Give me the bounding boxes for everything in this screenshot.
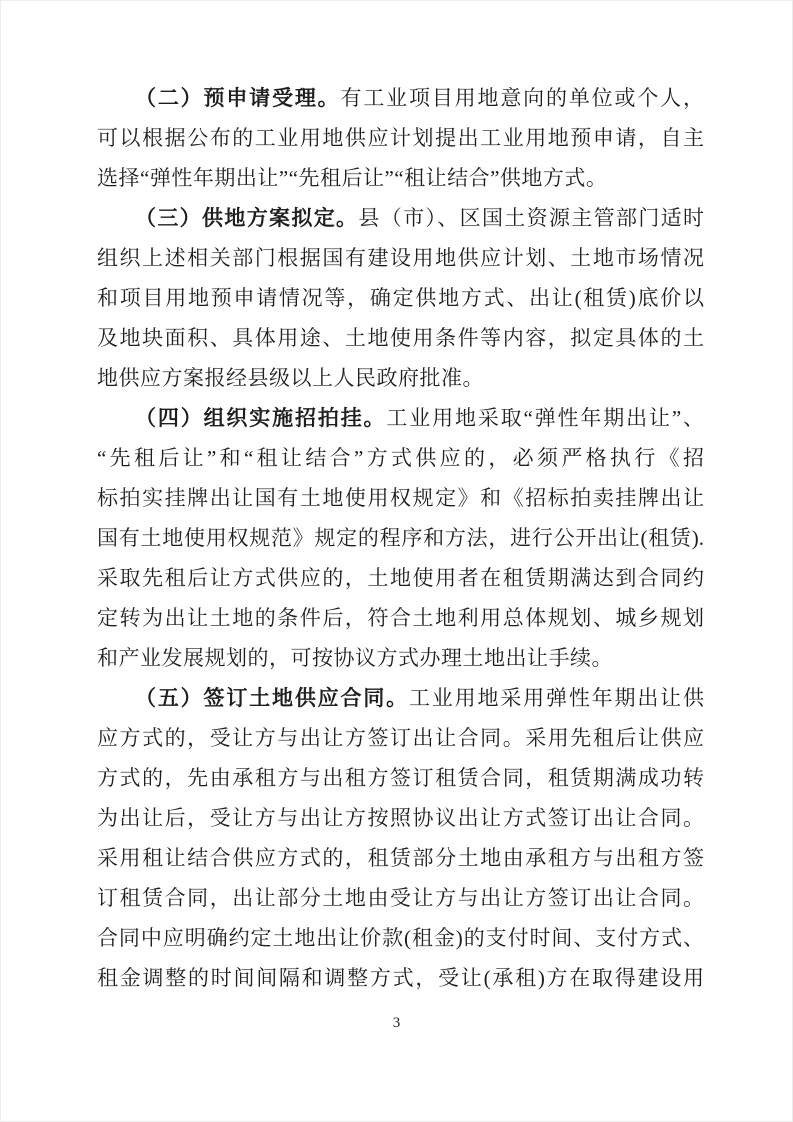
section-heading: （二）预申请受理。	[135, 86, 341, 110]
text-line: 可以根据公布的工业用地供应计划提出工业用地预申请，自主	[97, 118, 704, 158]
text-segment: 定转为出让土地的条件后，符合土地利用总体规划、城乡规划	[97, 606, 704, 630]
text-line: 标拍实挂牌出让国有土地使用权规定》和《招标拍卖挂牌出让	[97, 478, 704, 518]
text-segment: 和项目用地预申请情况等，确定供地方式、出让(租赁)底价以	[97, 286, 704, 310]
section-heading: （三）供地方案拟定。	[135, 206, 358, 230]
text-line: 订租赁合同，出让部分土地由受让方与出让方签订出让合同。	[97, 878, 704, 918]
text-line: 和项目用地预申请情况等，确定供地方式、出让(租赁)底价以	[97, 278, 704, 318]
text-line: 采取先租后让方式供应的，土地使用者在租赁期满达到合同约	[97, 558, 704, 598]
text-line: 选择“弹性年期出让”“先租后让”“租让结合”供地方式。	[97, 158, 704, 198]
text-segment: 工业用地采用弹性年期出让供	[409, 686, 704, 710]
document-body: （二）预申请受理。有工业项目用地意向的单位或个人，可以根据公布的工业用地供应计划…	[97, 78, 704, 998]
text-line: （五）签订土地供应合同。工业用地采用弹性年期出让供	[97, 678, 704, 718]
text-segment: “先租后让”和“租让结合”方式供应的，必须严格执行《招	[97, 446, 704, 470]
text-segment: 工业用地采取“弹性年期出让”、	[386, 406, 704, 430]
text-segment: 及地块面积、具体用途、土地使用条件等内容，拟定具体的土	[97, 326, 704, 350]
text-segment: 选择“弹性年期出让”“先租后让”“租让结合”供地方式。	[97, 166, 607, 190]
text-line: 组织上述相关部门根据国有建设用地供应计划、土地市场情况	[97, 238, 704, 278]
text-segment: 组织上述相关部门根据国有建设用地供应计划、土地市场情况	[97, 246, 704, 270]
text-line: 为出让后，受让方与出让方按照协议出让方式签订出让合同。	[97, 798, 704, 838]
text-segment: 县（市）、区国土资源主管部门适时	[358, 206, 704, 230]
text-line: “先租后让”和“租让结合”方式供应的，必须严格执行《招	[97, 438, 704, 478]
text-line: 及地块面积、具体用途、土地使用条件等内容，拟定具体的土	[97, 318, 704, 358]
text-line: 租金调整的时间间隔和调整方式，受让(承租)方在取得建设用	[97, 958, 704, 998]
text-line: 地供应方案报经县级以上人民政府批准。	[97, 358, 704, 398]
text-line: 应方式的，受让方与出让方签订出让合同。采用先租后让供应	[97, 718, 704, 758]
text-segment: 标拍实挂牌出让国有土地使用权规定》和《招标拍卖挂牌出让	[97, 486, 704, 510]
text-segment: 采用租让结合供应方式的，租赁部分土地由承租方与出租方签	[97, 846, 704, 870]
text-line: 和产业发展规划的，可按协议方式办理土地出让手续。	[97, 638, 704, 678]
section-heading: （四）组织实施招拍挂。	[135, 406, 386, 430]
text-segment: 为出让后，受让方与出让方按照协议出让方式签订出让合同。	[97, 806, 704, 830]
text-segment: 国有土地使用权规范》规定的程序和方法，进行公开出让(租赁).	[97, 526, 704, 550]
text-segment: 可以根据公布的工业用地供应计划提出工业用地预申请，自主	[97, 126, 704, 150]
text-line: 国有土地使用权规范》规定的程序和方法，进行公开出让(租赁).	[97, 518, 704, 558]
text-line: （二）预申请受理。有工业项目用地意向的单位或个人，	[97, 78, 704, 118]
text-segment: 地供应方案报经县级以上人民政府批准。	[97, 366, 484, 390]
text-line: 定转为出让土地的条件后，符合土地利用总体规划、城乡规划	[97, 598, 704, 638]
text-segment: 租金调整的时间间隔和调整方式，受让(承租)方在取得建设用	[97, 966, 704, 990]
text-segment: 合同中应明确约定土地出让价款(租金)的支付时间、支付方式、	[97, 926, 704, 950]
page-number: 3	[0, 1012, 793, 1034]
document-page: （二）预申请受理。有工业项目用地意向的单位或个人，可以根据公布的工业用地供应计划…	[0, 0, 793, 1122]
text-segment: 订租赁合同，出让部分土地由受让方与出让方签订出让合同。	[97, 886, 704, 910]
text-line: 方式的，先由承租方与出租方签订租赁合同，租赁期满成功转	[97, 758, 704, 798]
text-segment: 和产业发展规划的，可按协议方式办理土地出让手续。	[97, 646, 613, 670]
text-line: （四）组织实施招拍挂。工业用地采取“弹性年期出让”、	[97, 398, 704, 438]
section-heading: （五）签订土地供应合同。	[135, 686, 409, 710]
text-segment: 应方式的，受让方与出让方签订出让合同。采用先租后让供应	[97, 726, 704, 750]
text-line: 合同中应明确约定土地出让价款(租金)的支付时间、支付方式、	[97, 918, 704, 958]
text-segment: 方式的，先由承租方与出租方签订租赁合同，租赁期满成功转	[97, 766, 704, 790]
text-line: （三）供地方案拟定。县（市）、区国土资源主管部门适时	[97, 198, 704, 238]
text-line: 采用租让结合供应方式的，租赁部分土地由承租方与出租方签	[97, 838, 704, 878]
text-segment: 有工业项目用地意向的单位或个人，	[341, 86, 705, 110]
text-segment: 采取先租后让方式供应的，土地使用者在租赁期满达到合同约	[97, 566, 704, 590]
